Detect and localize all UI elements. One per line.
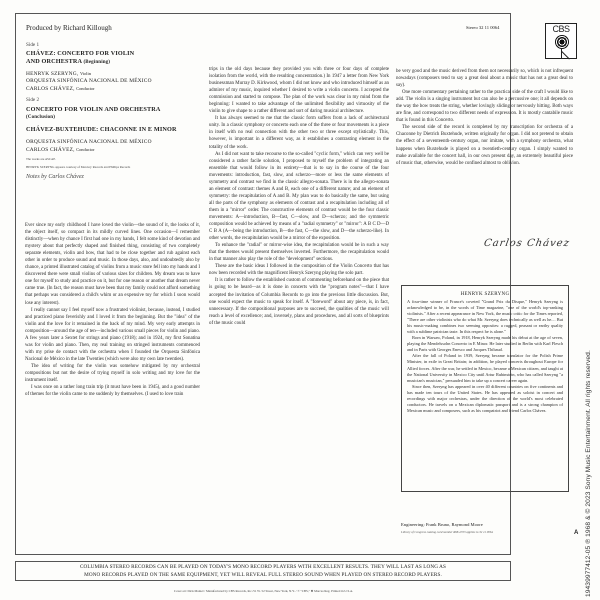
- courtesy-note: HENRYK SZERYNG appears courtesy of Mercu…: [26, 165, 177, 169]
- notes-paragraph: It has always seemed to me that the clas…: [209, 115, 389, 150]
- notes-column-1: Ever since my early childhood I have lov…: [25, 222, 200, 398]
- notes-paragraph: trips in the old days because they provi…: [209, 66, 389, 115]
- notes-column-3: be very good and the music derived from …: [396, 68, 573, 167]
- copyright-notice: 19439977412-05 ℗ 1968 & © 2023 Sony Musi…: [585, 350, 592, 597]
- compat-line-2: MONO RECORDS PLAYED ON THE SAME EQUIPMEN…: [16, 572, 510, 580]
- engineering-credit: Engineering: Frank Bruno, Raymond Moore: [401, 522, 483, 527]
- notes-paragraph: The second side of the record is complet…: [396, 124, 573, 166]
- side1-title-line2: AND ORCHESTRA: [26, 58, 82, 65]
- side2-conductor-role: Conductor: [76, 147, 95, 152]
- side2-performers: ORQUESTA SINFÓNICA NACIONAL DE MÉXICO CA…: [26, 139, 177, 154]
- bio-title: HENRYK SZERYNG: [407, 292, 563, 297]
- side2-work2: CHÁVEZ-BUXTEHUDE: CHACONNE IN E MINOR: [26, 126, 177, 134]
- bio-paragraph: A four-time winner of France's coveted "…: [407, 299, 563, 335]
- notes-paragraph: It is rather to follow the established c…: [209, 277, 389, 326]
- catalog-number: Stereo 32 11 0064: [466, 25, 499, 30]
- compat-line-1: COLUMBIA STEREO RECORDS CAN BE PLAYED ON…: [16, 564, 510, 572]
- bio-text: A four-time winner of France's coveted "…: [407, 299, 563, 414]
- cbs-logo: CBS: [545, 23, 577, 59]
- side2-orchestra: ORQUESTA SINFÓNICA NACIONAL DE MÉXICO: [26, 139, 177, 146]
- side2-conductor: CARLOS CHÁVEZ,: [26, 147, 75, 153]
- ascap-note: The works are ASCAP.: [26, 157, 177, 161]
- side1-title-line1: CHÁVEZ: CONCERTO FOR VIOLIN: [26, 50, 177, 58]
- notes-paragraph: As I did not want to take recourse to th…: [209, 151, 389, 243]
- library-of-congress-note: Library of Congress catalog card number …: [401, 530, 493, 534]
- bio-paragraph: Since then, Szeryng has appeared in over…: [407, 384, 563, 414]
- notes-column-2: trips in the old days because they provi…: [209, 66, 389, 327]
- notes-paragraph: One more commentary pertaining rather to…: [396, 89, 573, 124]
- side1-orchestra: ORQUESTA SINFÓNICA NACIONAL DE MÉXICO: [26, 78, 177, 85]
- composer-signature: Carlos Chávez: [483, 238, 571, 249]
- side1-performers: HENRYK SZERYNG, Violin ORQUESTA SINFÓNIC…: [26, 70, 177, 93]
- notes-paragraph: The idea of writing for the violin was s…: [25, 363, 200, 384]
- side2-title-line1: CONCERTO FOR VIOLIN AND ORCHESTRA: [26, 106, 177, 114]
- bio-paragraph: Born in Warsaw, Poland, in 1918, Henryk …: [407, 335, 563, 353]
- side2-label: Side 2: [26, 97, 177, 103]
- side-marker: A: [574, 530, 578, 536]
- notes-paragraph: I really cannot say I feel myself now a …: [25, 307, 200, 363]
- side2-title-sub: (Conclusion): [26, 114, 177, 122]
- stereo-compatibility-notice: COLUMBIA STEREO RECORDS CAN BE PLAYED ON…: [15, 561, 511, 581]
- side1-title: CHÁVEZ: CONCERTO FOR VIOLIN AND ORCHESTR…: [26, 50, 177, 66]
- side1-title-sub: (Beginning): [83, 60, 110, 65]
- program-listing: Side 1 CHÁVEZ: CONCERTO FOR VIOLIN AND O…: [26, 42, 177, 180]
- soloist-bio-box: HENRYK SZERYNG A four-time winner of Fra…: [401, 285, 569, 492]
- side1-label: Side 1: [26, 42, 177, 48]
- cbs-stand-icon: [561, 49, 571, 59]
- manufacturing-credits: Cover art: Dick Mantel / Manufactured by…: [0, 589, 527, 593]
- side1-conductor-role: Conductor: [76, 86, 95, 91]
- cbs-logo-text: CBS: [546, 24, 576, 34]
- producer-credit: Produced by Richard Killough: [26, 24, 112, 32]
- side1-conductor: CARLOS CHÁVEZ,: [26, 86, 75, 92]
- side2-title: CONCERTO FOR VIOLIN AND ORCHESTRA (Concl…: [26, 106, 177, 121]
- bio-paragraph: After the fall of Poland in 1939, Szeryn…: [407, 353, 563, 383]
- notes-byline: Notes by Carlos Chávez: [26, 174, 177, 180]
- notes-paragraph: Ever since my early childhood I have lov…: [25, 222, 200, 307]
- side1-soloist: HENRYK SZERYNG,: [26, 71, 78, 77]
- side1-soloist-role: Violin: [80, 71, 91, 76]
- cbs-eye-icon: [555, 35, 569, 49]
- notes-paragraph: I was once on a rather long train trip (…: [25, 384, 200, 398]
- notes-paragraph: be very good and the music derived from …: [396, 68, 573, 89]
- notes-paragraph: These are the basic ideas I followed in …: [209, 263, 389, 277]
- notes-paragraph: To enhance the "radial" or mirror-wise i…: [209, 242, 389, 263]
